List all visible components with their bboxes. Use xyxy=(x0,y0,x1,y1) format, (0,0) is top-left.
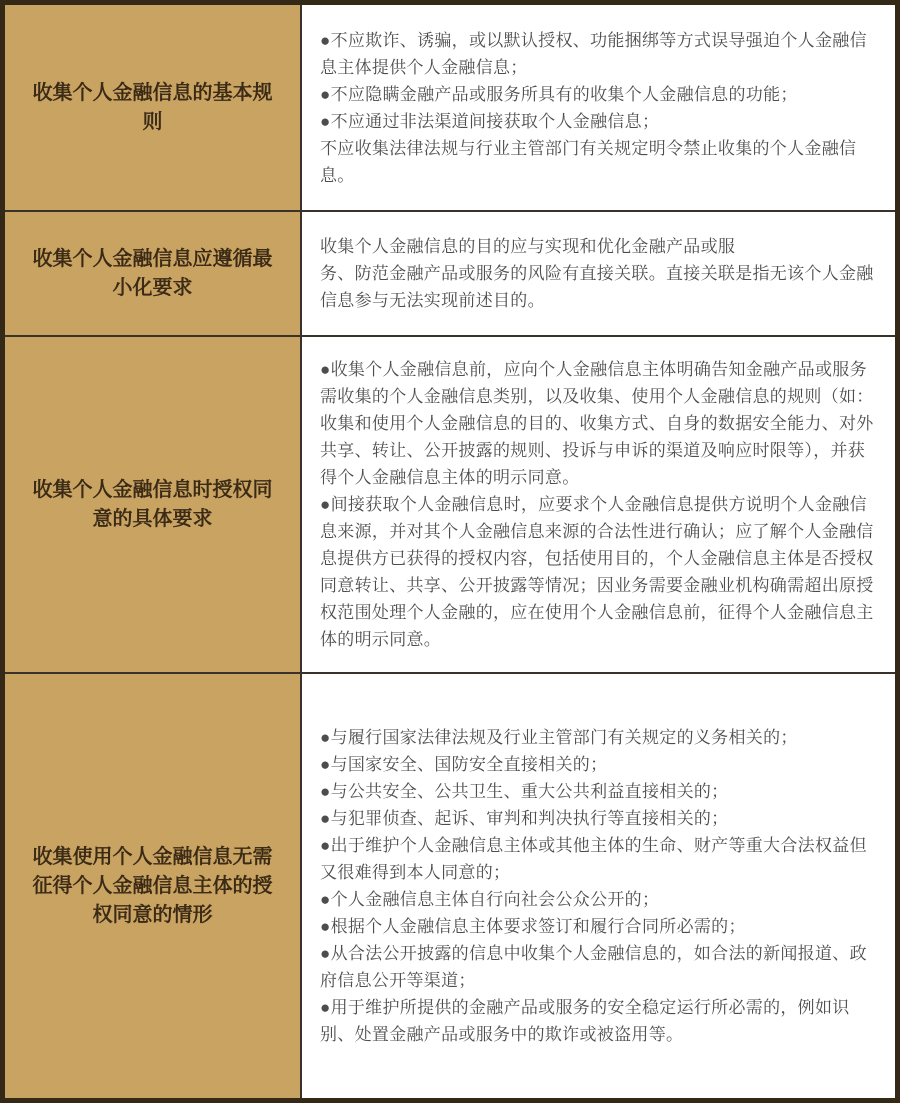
body-paragraph: 收集个人金融信息的目的应与实现和优化金融产品或服 xyxy=(320,233,877,260)
table-row: 收集个人金融信息的基本规则 ●不应欺诈、诱骗，或以默认授权、功能捆绑等方式误导强… xyxy=(5,5,895,212)
body-paragraph: ●根据个人金融信息主体要求签订和履行合同所必需的； xyxy=(320,913,877,940)
body-paragraph: 务、防范金融产品或服务的风险有直接关联。直接关联是指无该个人金融信息参与无法实现… xyxy=(320,260,877,314)
row-header-text: 收集个人金融信息的基本规则 xyxy=(23,79,282,137)
row-header-text: 收集使用个人金融信息无需征得个人金融信息主体的授权同意的情形 xyxy=(23,843,282,930)
row-body-cell: ●收集个人金融信息前，应向个人金融信息主体明确告知金融产品或服务需收集的个人金融… xyxy=(302,337,895,672)
row-body-cell: ●与履行国家法律法规及行业主管部门有关规定的义务相关的； ●与国家安全、国防安全… xyxy=(302,674,895,1098)
body-paragraph: ●个人金融信息主体自行向社会公众公开的； xyxy=(320,886,877,913)
body-paragraph: ●与公共安全、公共卫生、重大公共利益直接相关的； xyxy=(320,778,877,805)
row-body-cell: 收集个人金融信息的目的应与实现和优化金融产品或服 务、防范金融产品或服务的风险有… xyxy=(302,212,895,335)
row-header-cell: 收集个人金融信息应遵循最小化要求 xyxy=(5,212,302,335)
table-row: 收集使用个人金融信息无需征得个人金融信息主体的授权同意的情形 ●与履行国家法律法… xyxy=(5,674,895,1098)
row-header-text: 收集个人金融信息时授权同意的具体要求 xyxy=(23,476,282,534)
body-paragraph: ●与犯罪侦查、起诉、审判和判决执行等直接相关的； xyxy=(320,805,877,832)
body-paragraph: ●与履行国家法律法规及行业主管部门有关规定的义务相关的； xyxy=(320,724,877,751)
body-paragraph: ●收集个人金融信息前，应向个人金融信息主体明确告知金融产品或服务需收集的个人金融… xyxy=(320,356,877,491)
row-header-cell: 收集个人金融信息的基本规则 xyxy=(5,5,302,210)
body-paragraph: ●与国家安全、国防安全直接相关的； xyxy=(320,751,877,778)
body-paragraph: ●间接获取个人金融信息时，应要求个人金融信息提供方说明个人金融信息来源，并对其个… xyxy=(320,491,877,653)
body-paragraph: ●不应欺诈、诱骗，或以默认授权、功能捆绑等方式误导强迫个人金融信息主体提供个人金… xyxy=(320,27,877,81)
body-paragraph: ●从合法公开披露的信息中收集个人金融信息的，如合法的新闻报道、政府信息公开等渠道… xyxy=(320,940,877,994)
row-header-cell: 收集使用个人金融信息无需征得个人金融信息主体的授权同意的情形 xyxy=(5,674,302,1098)
row-body-cell: ●不应欺诈、诱骗，或以默认授权、功能捆绑等方式误导强迫个人金融信息主体提供个人金… xyxy=(302,5,895,210)
table-row: 收集个人金融信息时授权同意的具体要求 ●收集个人金融信息前，应向个人金融信息主体… xyxy=(5,337,895,674)
row-header-text: 收集个人金融信息应遵循最小化要求 xyxy=(23,245,282,303)
row-header-cell: 收集个人金融信息时授权同意的具体要求 xyxy=(5,337,302,672)
body-paragraph: 不应收集法律法规与行业主管部门有关规定明令禁止收集的个人金融信息。 xyxy=(320,135,877,189)
body-paragraph: ●不应通过非法渠道间接获取个人金融信息； xyxy=(320,108,877,135)
table-row: 收集个人金融信息应遵循最小化要求 收集个人金融信息的目的应与实现和优化金融产品或… xyxy=(5,212,895,337)
body-paragraph: ●用于维护所提供的金融产品或服务的安全稳定运行所必需的，例如识别、处置金融产品或… xyxy=(320,994,877,1048)
personal-financial-info-rules-table: 收集个人金融信息的基本规则 ●不应欺诈、诱骗，或以默认授权、功能捆绑等方式误导强… xyxy=(0,0,900,1103)
body-paragraph: ●不应隐瞒金融产品或服务所具有的收集个人金融信息的功能； xyxy=(320,81,877,108)
body-paragraph: ●出于维护个人金融信息主体或其他主体的生命、财产等重大合法权益但又很难得到本人同… xyxy=(320,832,877,886)
